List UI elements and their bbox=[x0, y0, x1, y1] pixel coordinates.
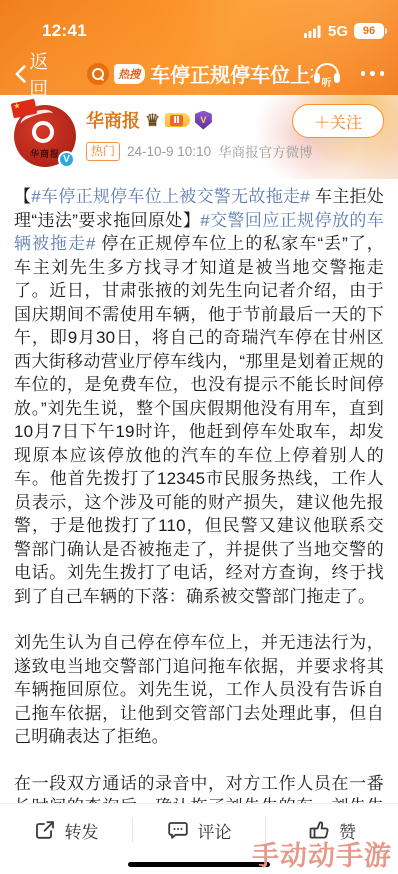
share-icon bbox=[34, 819, 56, 841]
share-button[interactable]: 转发 bbox=[0, 818, 132, 843]
hashtag-link[interactable]: #车停正规停车位上被交警无故拖走# bbox=[31, 187, 310, 206]
hot-topic-tag: 热门 bbox=[86, 142, 120, 161]
article-paragraph: 【#车停正规停车位上被交警无故拖走# 车主拒处理“违法”要求拖回原处】#交警回应… bbox=[14, 185, 384, 608]
listen-label: 听 bbox=[322, 74, 332, 89]
battery-nub bbox=[385, 28, 388, 34]
article-text-segment: 停在正规停车位上的私家车“丢”了，车主刘先生多方找寻才知道是被当地交警拖走了。近… bbox=[14, 234, 384, 606]
nav-title-group[interactable]: 热搜 车停正规停车位上被... bbox=[87, 59, 312, 88]
phone-screen: 12:41 5G 96 返回 bbox=[0, 0, 398, 874]
network-type-label: 5G bbox=[328, 23, 348, 40]
crown-icon: ♛ bbox=[145, 112, 160, 129]
article-text-segment: 【 bbox=[14, 187, 31, 206]
avatar[interactable]: 华商报 V bbox=[14, 105, 76, 167]
article-paragraph: 刘先生认为自己停在停车位上，并无违法行为，遂致电当地交警部门追问拖车依据，并要求… bbox=[14, 631, 384, 749]
post-timestamp: 24-10-9 10:10 bbox=[127, 144, 211, 159]
vip-level-text: Ⅱ bbox=[170, 115, 183, 126]
battery-percent: 96 bbox=[363, 25, 375, 37]
back-button[interactable]: 返回 bbox=[14, 47, 65, 101]
status-time: 12:41 bbox=[42, 21, 87, 41]
hot-search-badge: 热搜 bbox=[114, 64, 145, 84]
verified-badge: V bbox=[58, 151, 75, 168]
app-header: 12:41 5G 96 返回 bbox=[0, 0, 398, 95]
post-source: 华商报官方微博 bbox=[218, 141, 313, 161]
share-label: 转发 bbox=[65, 818, 99, 843]
back-label: 返回 bbox=[29, 47, 65, 101]
article-text-segment: 刘先生认为自己停在停车位上，并无违法行为，遂致电当地交警部门追问拖车依据，并要求… bbox=[14, 633, 384, 746]
article-text: 【#车停正规停车位上被交警无故拖走# 车主拒处理“违法”要求拖回原处】#交警回应… bbox=[0, 179, 398, 842]
follow-button[interactable]: ＋关注 bbox=[292, 104, 384, 138]
home-indicator[interactable] bbox=[128, 862, 270, 867]
headphone-pad-right bbox=[334, 73, 340, 83]
headphone-pad-left bbox=[314, 73, 320, 83]
listen-audio-button[interactable]: 听 bbox=[313, 61, 341, 87]
chevron-left-icon bbox=[14, 64, 26, 84]
page-title: 车停正规停车位上被... bbox=[150, 59, 312, 88]
post-header: 华商报 V 华商报 ♛ Ⅱ V 热门 24-10-9 10:10 华商报官方微博… bbox=[0, 95, 398, 179]
comment-label: 评论 bbox=[198, 818, 232, 843]
cellular-signal-icon bbox=[304, 25, 322, 38]
search-icon bbox=[87, 63, 109, 85]
comment-icon bbox=[167, 819, 189, 841]
author-name[interactable]: 华商报 bbox=[86, 107, 140, 133]
avatar-emblem bbox=[32, 121, 54, 143]
watermark-text: 手动动手游 bbox=[252, 834, 392, 873]
nav-bar: 返回 热搜 车停正规停车位上被... 听 bbox=[0, 52, 398, 95]
shield-badge-icon: V bbox=[195, 111, 212, 130]
vip-level-badge: Ⅱ bbox=[165, 113, 190, 127]
more-options-button[interactable] bbox=[361, 71, 385, 76]
status-bar: 12:41 5G 96 bbox=[0, 0, 398, 52]
comment-button[interactable]: 评论 bbox=[133, 818, 265, 843]
battery-icon: 96 bbox=[354, 23, 384, 39]
